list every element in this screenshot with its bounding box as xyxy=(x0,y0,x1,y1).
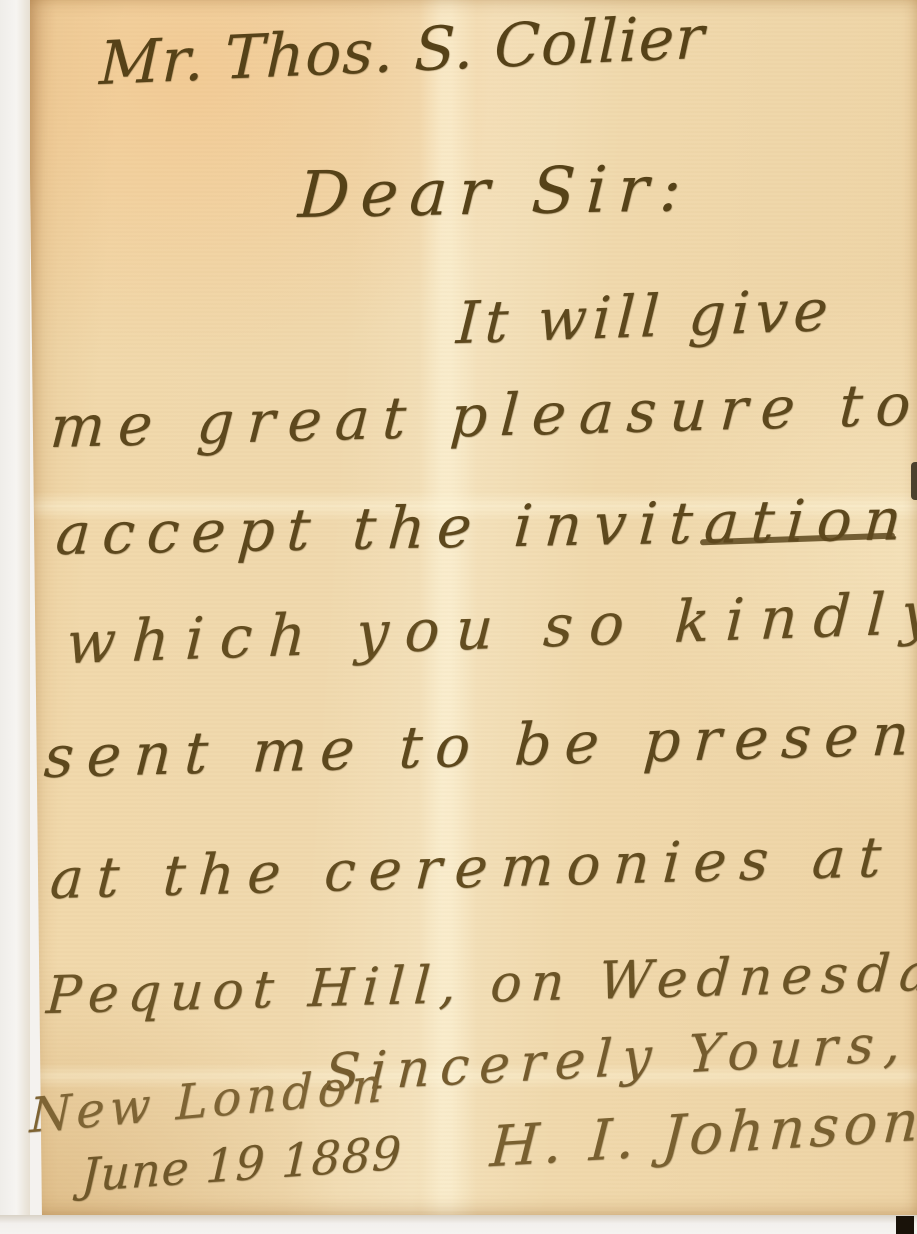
body-line-3: accept the invitation xyxy=(54,490,915,563)
scan-background-bottom xyxy=(0,1215,917,1234)
scan-artifact-right-edge xyxy=(911,462,917,500)
scan-artifact-bottom-right-corner xyxy=(896,1216,914,1234)
scanned-letter-photo: Mr. Thos. S. Collier Dear Sir: It will g… xyxy=(0,0,917,1234)
salutation-line: Dear Sir: xyxy=(297,157,694,228)
body-line-1: It will give xyxy=(455,281,835,352)
scan-background-left xyxy=(0,0,30,1234)
